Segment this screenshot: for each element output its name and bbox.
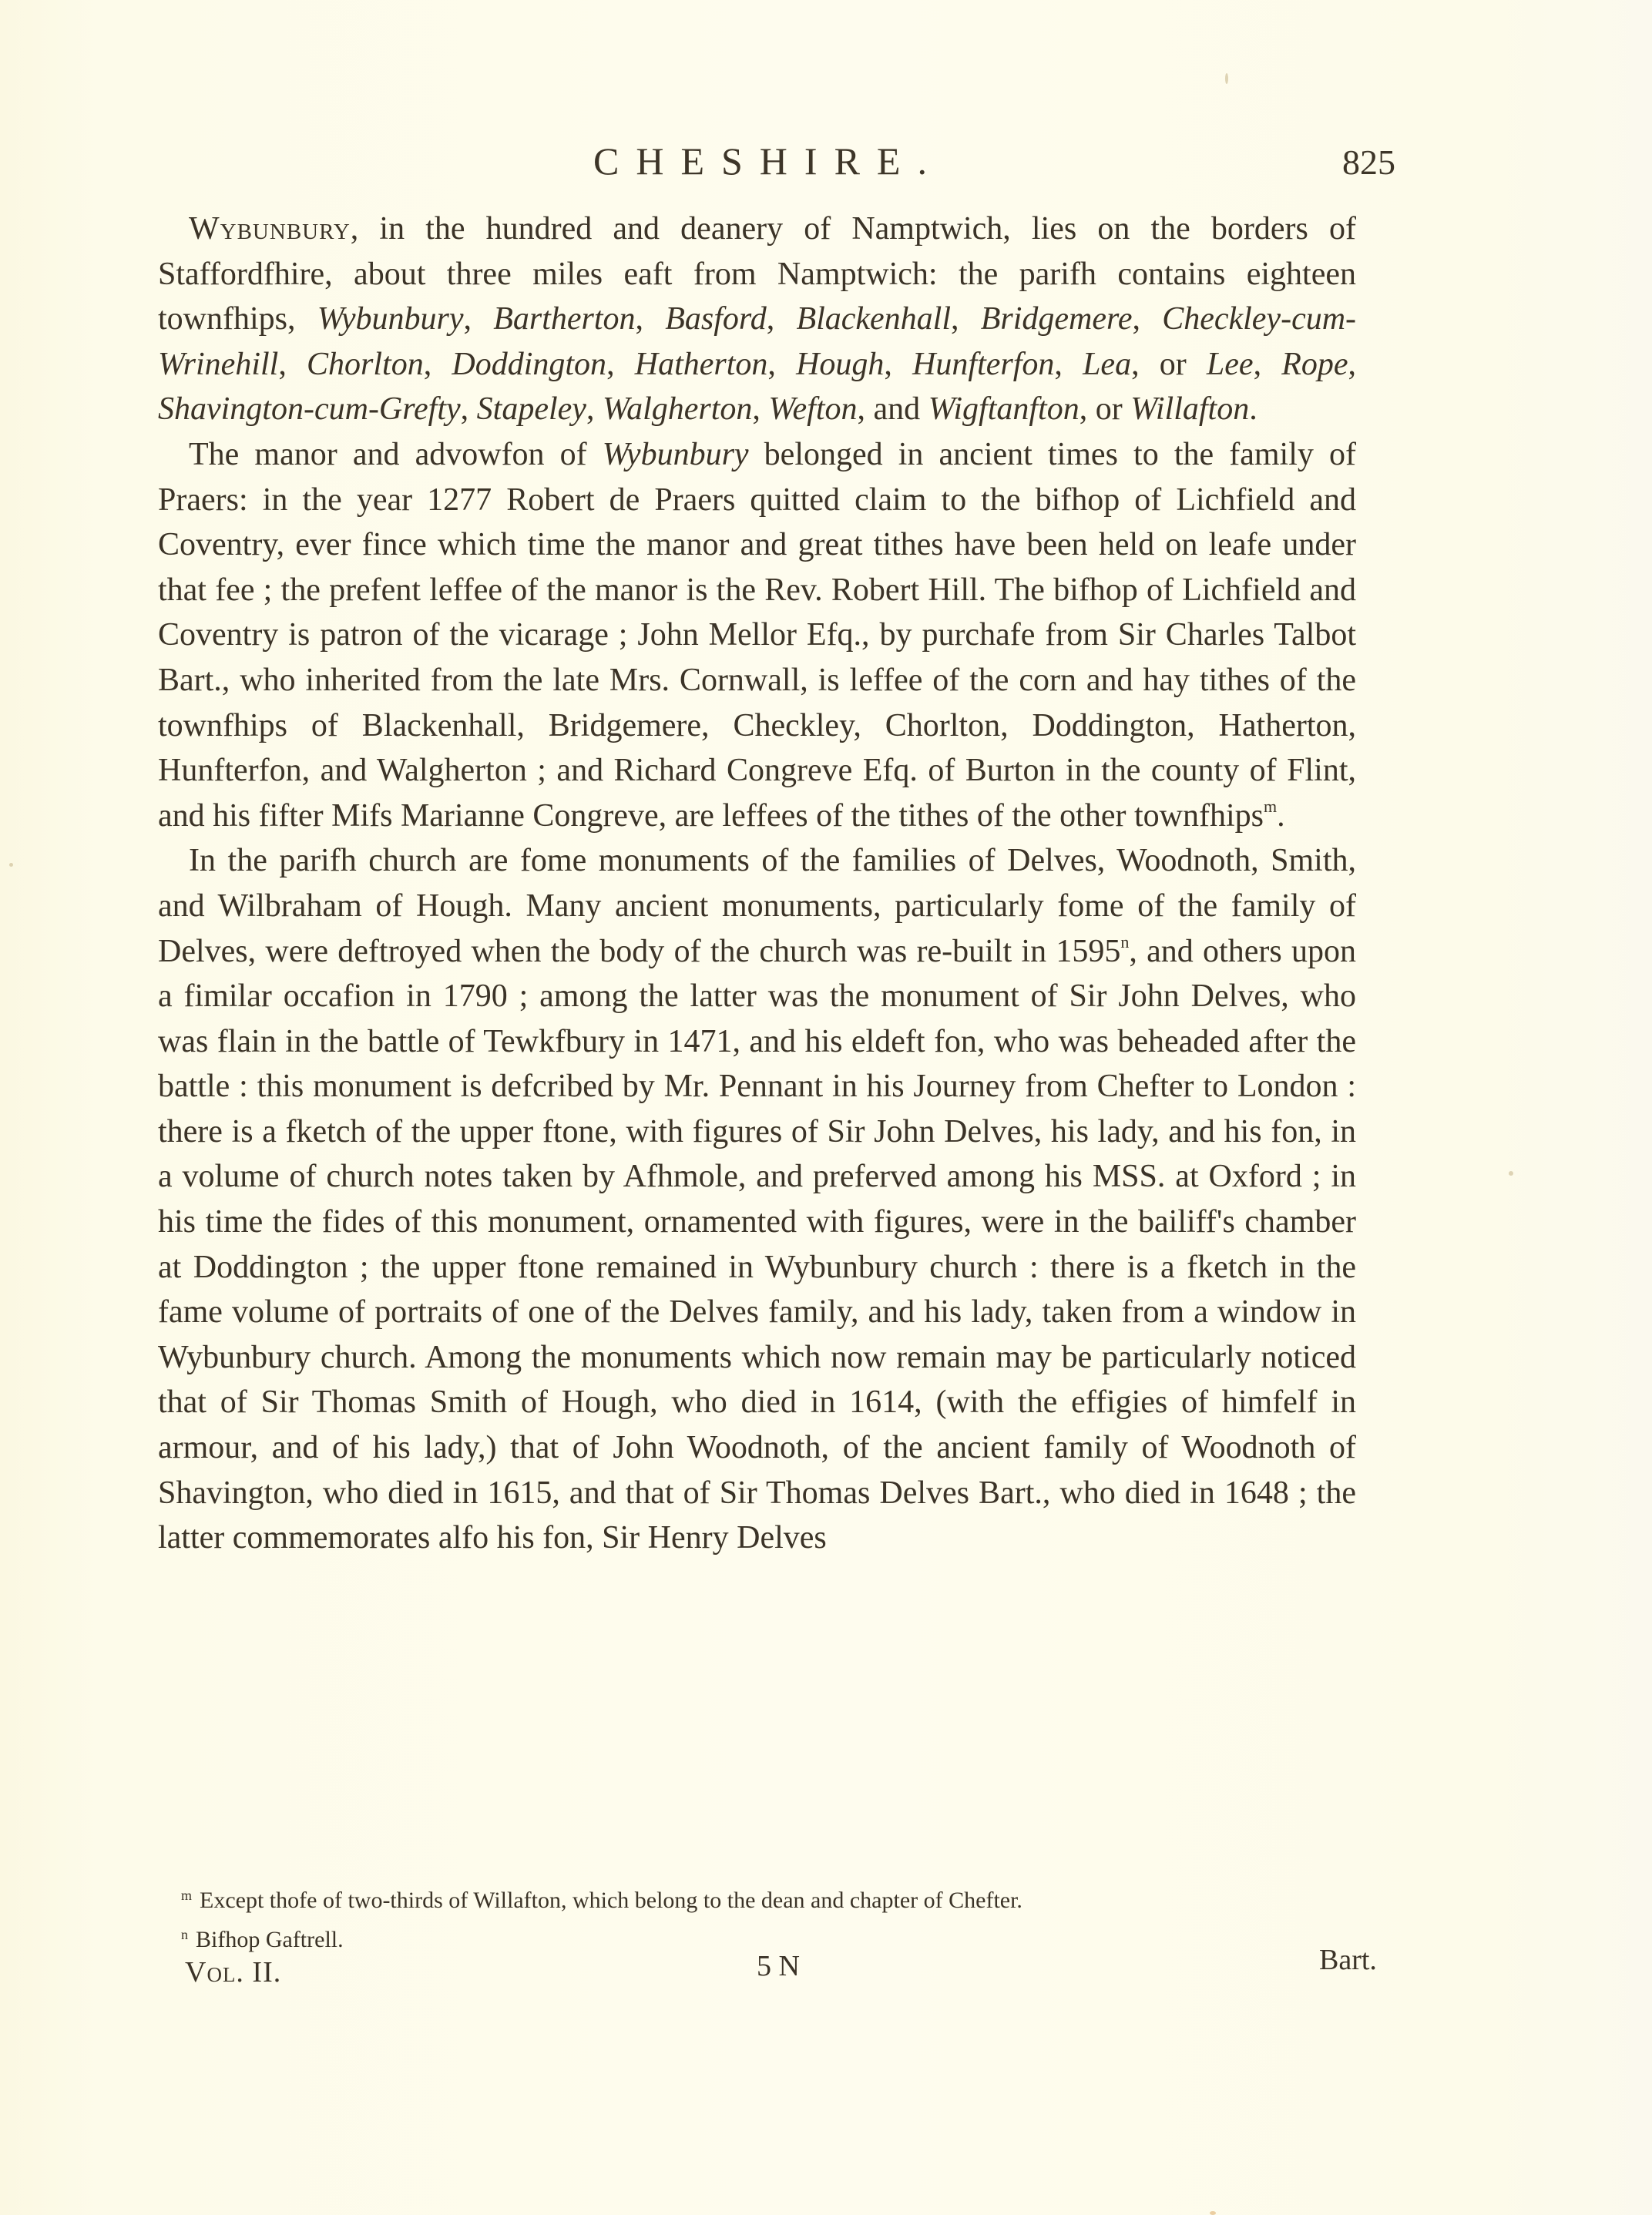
italic-place-name: Bartherton — [493, 301, 635, 337]
volume-label: Vol. II. — [185, 1955, 281, 1989]
text-run: , — [884, 347, 912, 382]
text-run: , — [767, 301, 797, 337]
italic-place-name: Hough — [796, 347, 884, 382]
paragraph-2: The manor and advowfon of Wybunbury belo… — [158, 432, 1356, 838]
italic-place-name: Blackenhall — [796, 301, 951, 337]
text-run: , — [278, 347, 307, 382]
italic-place-name: Chorlton — [307, 347, 424, 382]
text-run: The manor and advowfon of — [189, 437, 603, 472]
text-run: , — [1348, 347, 1357, 382]
text-run: , or — [1080, 391, 1131, 427]
text-run: belonged in ancient times to the family … — [158, 437, 1356, 834]
body-text: Wybunbury, in the hundred and deanery of… — [158, 206, 1356, 1561]
printer-signature: 5 N — [757, 1949, 800, 1983]
text-run: , — [636, 301, 666, 337]
italic-place-name: Lee — [1207, 347, 1254, 382]
paragraph-3-continuation: , and others upon a fimilar occafion in … — [158, 934, 1356, 1556]
italic-place-name: Doddington — [452, 347, 606, 382]
italic-place-name: Wybunbury — [317, 301, 464, 337]
paragraph-3: In the parifh church are fome monuments … — [158, 838, 1356, 1561]
text-run: , — [463, 301, 493, 337]
italic-place-name: Basford — [665, 301, 766, 337]
footnote-text: Except thofe of two-thirds of Willafton,… — [200, 1888, 1022, 1913]
text-run: , — [1254, 347, 1282, 382]
italic-place-name: Hatherton — [635, 347, 768, 382]
paragraph-1: Wybunbury, in the hundred and deanery of… — [158, 206, 1356, 432]
footnote-mark: n — [181, 1927, 188, 1942]
footnotes: mExcept thofe of two-thirds of Willafton… — [181, 1878, 1352, 1957]
italic-place-name: Rope — [1281, 347, 1348, 382]
text-run: , or — [1131, 347, 1207, 382]
scanned-page: CHESHIRE. 825 Wybunbury, in the hundred … — [0, 0, 1652, 2215]
catchword: Bart. — [1319, 1943, 1377, 1977]
italic-place-name: Bridgemere — [981, 301, 1133, 337]
italic-place-name: Willafton — [1130, 391, 1249, 427]
italic-place-name: Hunfterfon — [912, 347, 1054, 382]
text-run: , — [424, 347, 452, 382]
running-head: CHESHIRE. 825 — [0, 139, 1652, 200]
text-run: , — [586, 391, 603, 427]
italic-place-name: Shavington-cum-Grefty — [158, 391, 461, 427]
text-run: , — [606, 347, 635, 382]
paper-speck — [1210, 2211, 1216, 2215]
text-run: , — [752, 391, 768, 427]
italic-place-name: Stapeley — [477, 391, 586, 427]
footnote-ref-n[interactable]: n — [1120, 932, 1129, 951]
text-run: , — [767, 347, 796, 382]
paper-speck — [1225, 73, 1228, 84]
italic-place-name: Wybunbury — [603, 437, 749, 472]
italic-place-name: Walgherton — [603, 391, 752, 427]
page-footer: Vol. II. 5 N Bart. — [0, 1949, 1652, 1995]
running-title: CHESHIRE. — [593, 139, 944, 183]
page-number: 825 — [1342, 142, 1395, 183]
paper-speck — [9, 863, 13, 867]
text-run: . — [1249, 391, 1257, 427]
italic-place-name: Wefton — [768, 391, 857, 427]
text-run: , — [461, 391, 477, 427]
text-run: , — [1132, 301, 1162, 337]
italic-place-name: Lea — [1083, 347, 1131, 382]
text-run: , — [951, 301, 981, 337]
footnote-mark: m — [181, 1888, 192, 1903]
text-run: , and — [858, 391, 928, 427]
paper-speck — [1509, 1171, 1513, 1176]
italic-place-name: Wigftanfton — [928, 391, 1080, 427]
footnote-m: mExcept thofe of two-thirds of Willafton… — [181, 1878, 1352, 1918]
lead-word: Wybunbury — [189, 211, 351, 247]
footnote-ref-m[interactable]: m — [1264, 797, 1277, 816]
paragraph-2-content: The manor and advowfon of Wybunbury belo… — [158, 437, 1356, 834]
text-run: , — [1054, 347, 1083, 382]
paragraph-2-end: . — [1277, 798, 1285, 834]
